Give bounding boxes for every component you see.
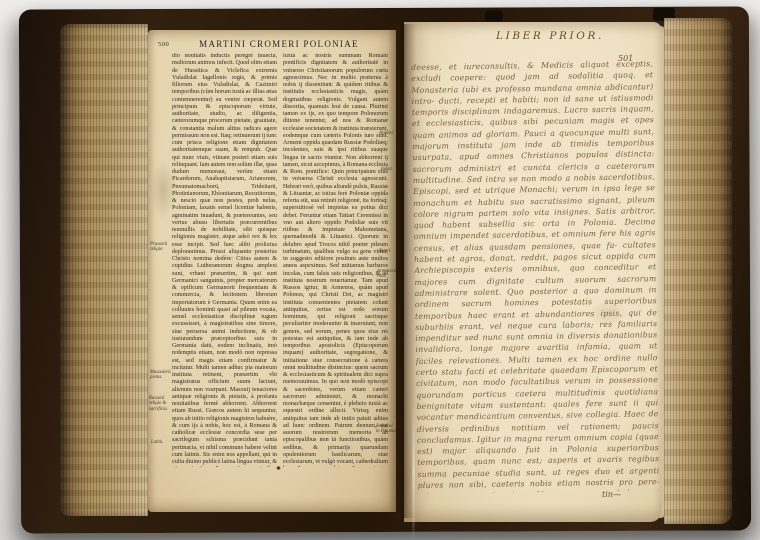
photo-of-open-antique-book: 500 MARTINI CROMERI POLONIAE dio nouitat… (0, 0, 760, 540)
fore-edge-left-pages (60, 24, 148, 516)
left-page: 500 MARTINI CROMERI POLONIAE dio nouitat… (148, 30, 396, 512)
handwritten-annotations: deesse, et iureconsultis, & Medicis aliq… (411, 58, 660, 494)
heading-liber-prior: LIBER PRIOR. (496, 30, 604, 42)
catchword: tin— (602, 490, 621, 499)
clasp-nub-top-left (485, 10, 503, 21)
margin-note-masouiorum-pietas: Masouiorū pietas. (150, 370, 174, 381)
page-stain-right (588, 300, 628, 326)
gutter-shadow (388, 24, 416, 518)
text-column-1: dio nouitatis inductis peregrè inuecta, … (172, 53, 277, 467)
fore-edge-right-pages (664, 18, 732, 524)
page-stain-left (150, 160, 176, 220)
printed-text-columns: dio nouitatis inductis peregrè inuecta, … (172, 53, 388, 467)
ink-blot (276, 466, 281, 470)
text-column-2: iuxtà ac nostris summam Romani pontifici… (283, 53, 388, 467)
margin-note-latini: Latini. (151, 440, 175, 445)
right-page: LIBER PRIOR. 501 deesse, et iureconsulti… (404, 22, 662, 522)
running-title: MARTINI CROMERI POLONIAE (148, 39, 396, 49)
margin-note-prussorum-religio: Prussorū religio. (150, 242, 174, 253)
margin-note-russorum-religio: Russorū religio & sacrificia. (149, 396, 173, 412)
